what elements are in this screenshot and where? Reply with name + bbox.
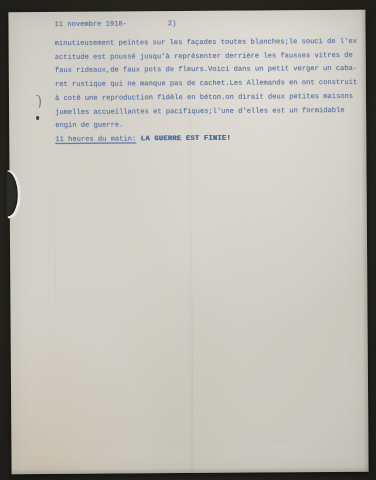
typed-line: à coté une reproduction fidèle en béton.… xyxy=(55,91,361,107)
time-label-underlined: 11 heures du matin: xyxy=(55,135,136,144)
paper-edge-shadow-bottom xyxy=(12,467,369,474)
typed-line: jumelles accueillantes et pacifiques;l'u… xyxy=(55,104,361,120)
closing-line: 11 heures du matin: LA GUERRE EST FINIE! xyxy=(55,132,361,148)
header-line: 11 novembre 1918-2) xyxy=(54,17,360,33)
ink-mark-dot xyxy=(36,116,39,120)
paper-edge-shadow-right xyxy=(360,10,368,472)
typewritten-text-block: 11 novembre 1918-2) minutieusement peint… xyxy=(54,17,361,148)
war-over-announcement: LA GUERRE EST FINIE! xyxy=(136,135,231,144)
typed-line: minutieusement peintes sur les façades t… xyxy=(55,36,361,52)
ink-mark-squiggle xyxy=(34,95,42,109)
date-text: 11 novembre 1918- xyxy=(54,20,126,29)
page-number: 2) xyxy=(168,18,177,32)
scanned-document-view: 11 novembre 1918-2) minutieusement peint… xyxy=(0,0,376,480)
paper-sheet: 11 novembre 1918-2) minutieusement peint… xyxy=(8,10,368,474)
